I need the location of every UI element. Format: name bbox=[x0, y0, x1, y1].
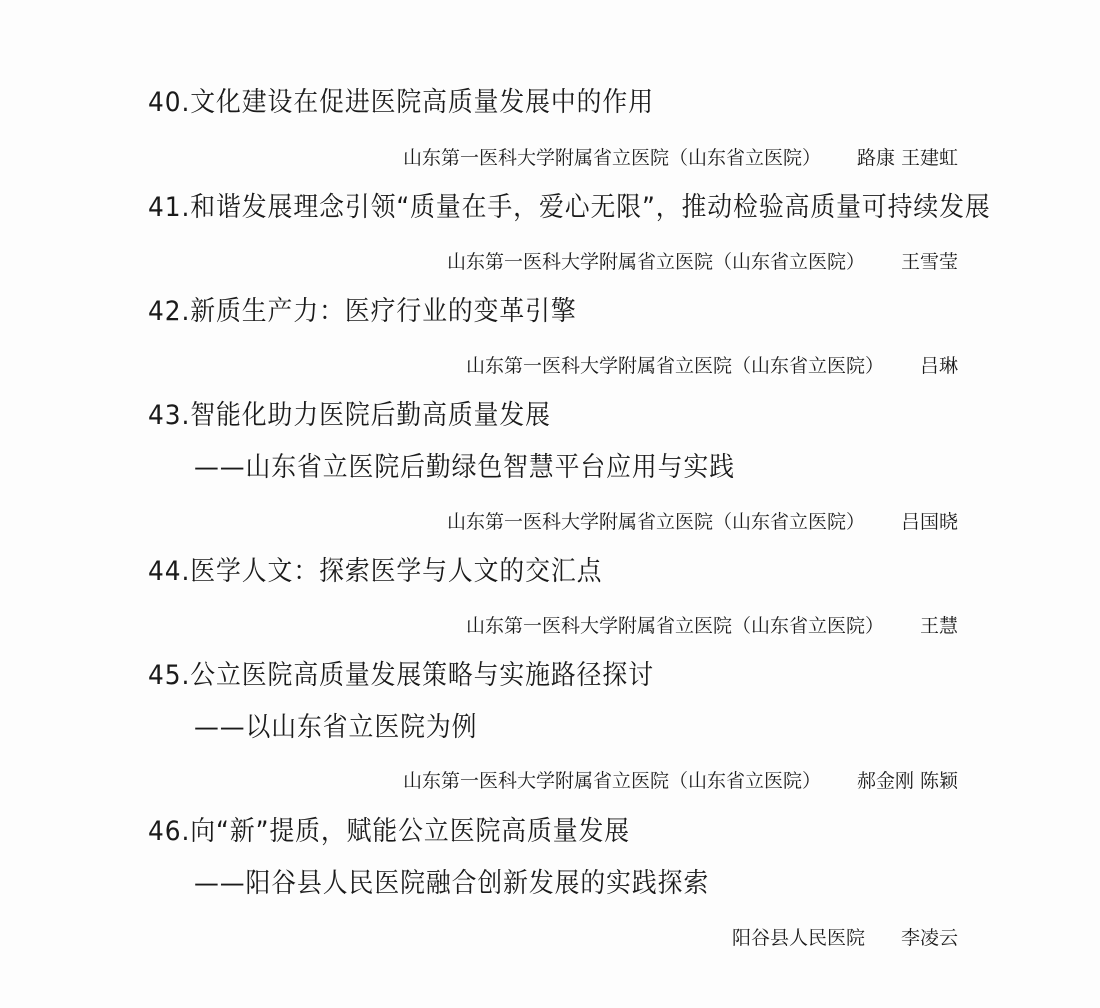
entry-subtitle: ——山东省立医院后勤绿色智慧平台应用与实践 bbox=[194, 451, 735, 485]
entry-authors: 路康 王建虹 bbox=[857, 147, 958, 169]
entry-byline: 阳谷县人民医院李凌云 bbox=[732, 925, 958, 951]
entry-number: 45. bbox=[148, 660, 190, 691]
entry-title-text: 新质生产力：医疗行业的变革引擎 bbox=[190, 296, 576, 327]
entry-byline: 山东第一医科大学附属省立医院（山东省立医院）路康 王建虹 bbox=[403, 145, 958, 171]
entry-title: 41.和谐发展理念引领“质量在手，爱心无限”，推动检验高质量可持续发展 bbox=[148, 191, 991, 225]
entry-title: 46.向“新”提质，赋能公立医院高质量发展 bbox=[148, 815, 630, 849]
entry-subtitle: ——阳谷县人民医院融合创新发展的实践探索 bbox=[194, 867, 709, 901]
entry-authors: 郝金刚 陈颖 bbox=[857, 770, 958, 792]
entry-byline: 山东第一医科大学附属省立医院（山东省立医院）郝金刚 陈颖 bbox=[403, 768, 958, 794]
entry-byline: 山东第一医科大学附属省立医院（山东省立医院）吕琳 bbox=[466, 353, 958, 379]
entry-title: 43.智能化助力医院后勤高质量发展 bbox=[148, 399, 551, 433]
entry-title-text: 和谐发展理念引领“质量在手，爱心无限”，推动检验高质量可持续发展 bbox=[190, 192, 990, 223]
entry-authors: 吕琳 bbox=[920, 355, 958, 377]
entry-organization: 山东第一医科大学附属省立医院（山东省立医院） bbox=[466, 615, 884, 637]
entry-organization: 山东第一医科大学附属省立医院（山东省立医院） bbox=[403, 770, 821, 792]
entry-subtitle: ——以山东省立医院为例 bbox=[194, 711, 477, 745]
entry-authors: 王慧 bbox=[920, 615, 958, 637]
entry-title-text: 智能化助力医院后勤高质量发展 bbox=[190, 400, 551, 431]
entry-title-text: 向“新”提质，赋能公立医院高质量发展 bbox=[190, 816, 630, 847]
entry-number: 40. bbox=[148, 87, 190, 118]
entry-number: 46. bbox=[148, 816, 190, 847]
entry-title-text: 文化建设在促进医院高质量发展中的作用 bbox=[190, 87, 654, 118]
document-page: 40.文化建设在促进医院高质量发展中的作用 山东第一医科大学附属省立医院（山东省… bbox=[0, 0, 1100, 1008]
entry-organization: 山东第一医科大学附属省立医院（山东省立医院） bbox=[447, 511, 865, 533]
entry-authors: 吕国晓 bbox=[901, 511, 958, 533]
entry-organization: 山东第一医科大学附属省立医院（山东省立医院） bbox=[466, 355, 884, 377]
entry-number: 42. bbox=[148, 296, 190, 327]
entry-byline: 山东第一医科大学附属省立医院（山东省立医院）王雪莹 bbox=[447, 249, 958, 275]
entry-title: 40.文化建设在促进医院高质量发展中的作用 bbox=[148, 86, 654, 120]
entry-title-text: 公立医院高质量发展策略与实施路径探讨 bbox=[190, 660, 654, 691]
entry-organization: 山东第一医科大学附属省立医院（山东省立医院） bbox=[403, 147, 821, 169]
entry-byline: 山东第一医科大学附属省立医院（山东省立医院）王慧 bbox=[466, 613, 958, 639]
entry-title: 45.公立医院高质量发展策略与实施路径探讨 bbox=[148, 659, 654, 693]
entry-number: 44. bbox=[148, 556, 190, 587]
entry-number: 43. bbox=[148, 400, 190, 431]
entry-authors: 李凌云 bbox=[901, 927, 958, 949]
entry-title: 42.新质生产力：医疗行业的变革引擎 bbox=[148, 295, 577, 329]
entry-title-text: 医学人文：探索医学与人文的交汇点 bbox=[190, 556, 602, 587]
entry-organization: 阳谷县人民医院 bbox=[732, 927, 865, 949]
entry-authors: 王雪莹 bbox=[901, 251, 958, 273]
entry-title: 44.医学人文：探索医学与人文的交汇点 bbox=[148, 555, 602, 589]
entry-byline: 山东第一医科大学附属省立医院（山东省立医院）吕国晓 bbox=[447, 509, 958, 535]
entry-organization: 山东第一医科大学附属省立医院（山东省立医院） bbox=[447, 251, 865, 273]
entry-number: 41. bbox=[148, 192, 190, 223]
